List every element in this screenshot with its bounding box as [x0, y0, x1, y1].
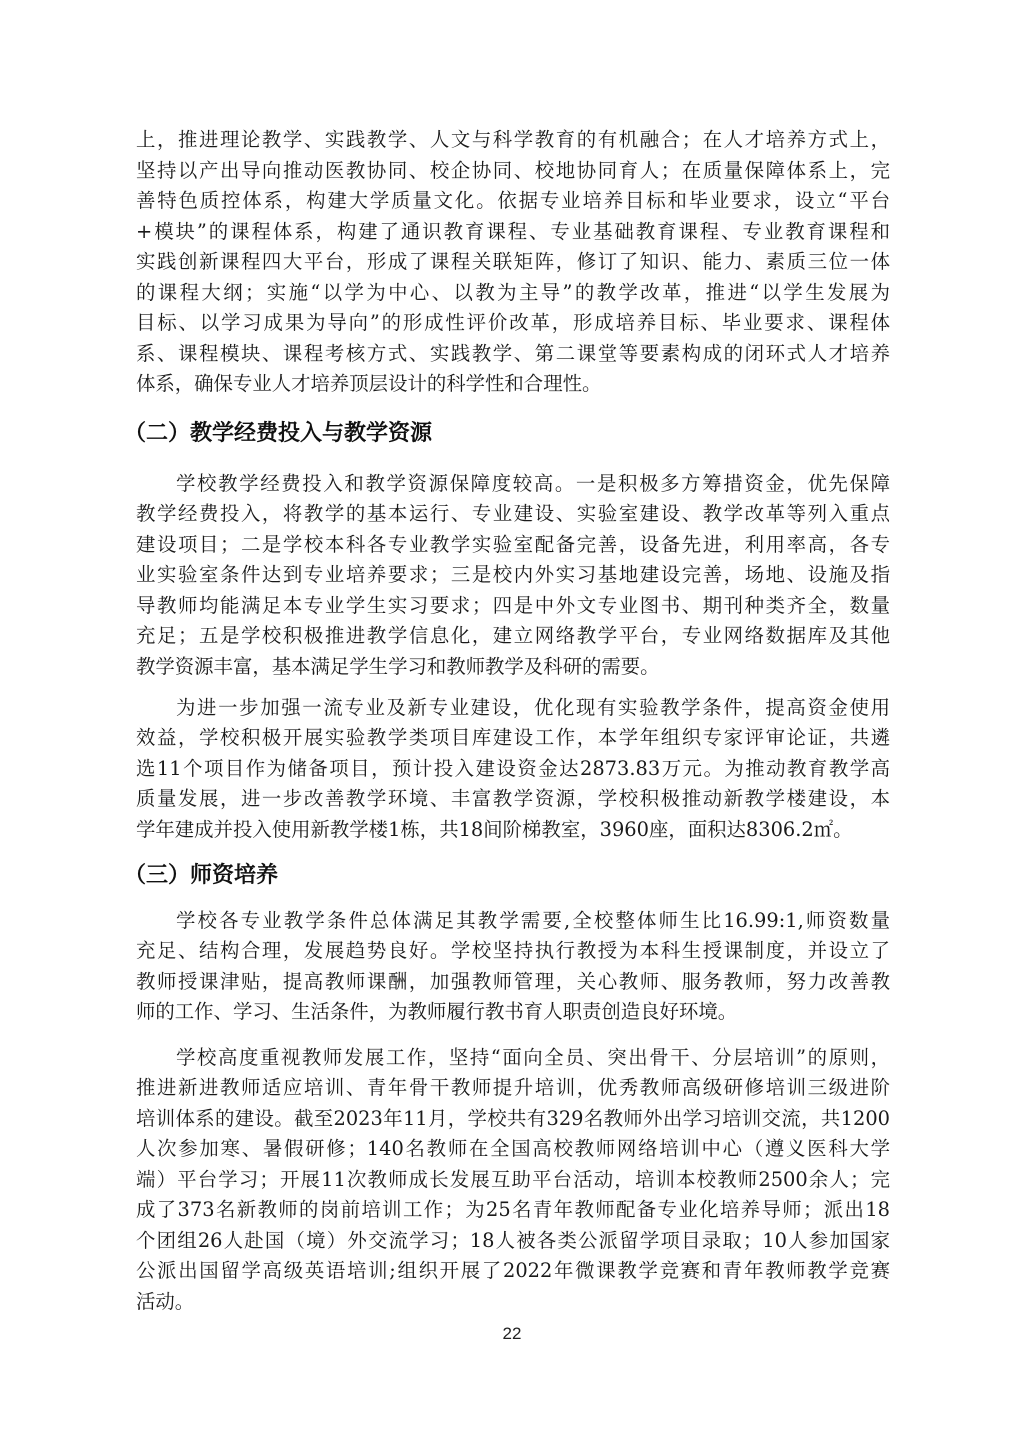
document-page: 上，推进理论教学、实践教学、人文与科学教育的有机融合；在人才培养方式上， 坚持以…	[0, 0, 1024, 1448]
text-line: 业实验室条件达到专业培养要求；三是校内外实习基地建设完善，场地、设施及指	[136, 563, 890, 587]
text-line: 端）平台学习；开展11次教师成长发展互助平台活动，培训本校教师2500余人；完	[136, 1168, 890, 1192]
text-line: 学年建成并投入使用新教学楼1栋，共18间阶梯教室，3960座，面积达8306.2…	[136, 818, 890, 842]
text-line: 充足、结构合理，发展趋势良好。学校坚持执行教授为本科生授课制度，并设立了	[136, 939, 890, 963]
text-line: 体系，确保专业人才培养顶层设计的科学性和合理性。	[136, 372, 890, 396]
text-line: 公派出国留学高级英语培训;组织开展了2022年微课教学竞赛和青年教师教学竞赛	[136, 1259, 890, 1283]
text-line: 师的工作、学习、生活条件，为教师履行教书育人职责创造良好环境。	[136, 1000, 890, 1024]
text-line: 目标、以学习成果为导向”的形成性评价改革，形成培养目标、毕业要求、课程体	[136, 311, 890, 335]
text-line: 教师授课津贴，提高教师课酬，加强教师管理，关心教师、服务教师，努力改善教	[136, 970, 890, 994]
text-line: 为进一步加强一流专业及新专业建设，优化现有实验教学条件，提高资金使用	[176, 696, 890, 720]
text-line: 实践创新课程四大平台，形成了课程关联矩阵，修订了知识、能力、素质三位一体	[136, 250, 890, 274]
section-heading-faculty-training: （三）师资培养	[124, 862, 278, 890]
text-line: 成了373名新教师的岗前培训工作；为25名青年教师配备专业化培养导师；派出18	[136, 1198, 890, 1222]
text-line: 上，推进理论教学、实践教学、人文与科学教育的有机融合；在人才培养方式上，	[136, 128, 890, 152]
text-line: 学校教学经费投入和教学资源保障度较高。一是积极多方筹措资金，优先保障	[176, 472, 890, 496]
text-line: 效益，学校积极开展实验教学类项目库建设工作，本学年组织专家评审论证，共遴	[136, 726, 890, 750]
text-line: 学校各专业教学条件总体满足其教学需要,全校整体师生比16.99:1,师资数量	[176, 909, 890, 933]
text-line: 的课程大纲；实施“以学为中心、以教为主导”的教学改革，推进“以学生发展为	[136, 281, 890, 305]
text-line: 推进新进教师适应培训、青年骨干教师提升培训，优秀教师高级研修培训三级进阶	[136, 1076, 890, 1100]
text-line: 质量发展，进一步改善教学环境、丰富教学资源，学校积极推动新教学楼建设，本	[136, 787, 890, 811]
text-line: 导教师均能满足本专业学生实习要求；四是中外文专业图书、期刊种类齐全，数量	[136, 594, 890, 618]
text-line: 选11个项目作为储备项目，预计投入建设资金达2873.83万元。为推动教育教学高	[136, 757, 890, 781]
text-line: 系、课程模块、课程考核方式、实践教学、第二课堂等要素构成的闭环式人才培养	[136, 342, 890, 366]
text-line: 活动。	[136, 1290, 890, 1314]
text-line: +模块”的课程体系，构建了通识教育课程、专业基础教育课程、专业教育课程和	[136, 220, 890, 244]
text-line: 培训体系的建设。截至2023年11月，学校共有329名教师外出学习培训交流，共1…	[136, 1107, 890, 1131]
text-line: 教学资源丰富，基本满足学生学习和教师教学及科研的需要。	[136, 655, 890, 679]
text-line: 学校高度重视教师发展工作，坚持“面向全员、突出骨干、分层培训”的原则，	[176, 1046, 890, 1070]
page-number: 22	[0, 1324, 1024, 1344]
text-line: 人次参加寒、暑假研修；140名教师在全国高校教师网络培训中心（遵义医科大学	[136, 1137, 890, 1161]
text-line: 善特色质控体系，构建大学质量文化。依据专业培养目标和毕业要求，设立“平台	[136, 189, 890, 213]
text-line: 教学经费投入，将教学的基本运行、专业建设、实验室建设、教学改革等列入重点	[136, 502, 890, 526]
text-line: 充足；五是学校积极推进教学信息化，建立网络教学平台，专业网络数据库及其他	[136, 624, 890, 648]
text-line: 个团组26人赴国（境）外交流学习；18人被各类公派留学项目录取；10人参加国家	[136, 1229, 890, 1253]
text-line: 建设项目；二是学校本科各专业教学实验室配备完善，设备先进，利用率高，各专	[136, 533, 890, 557]
text-line: 坚持以产出导向推动医教协同、校企协同、校地协同育人；在质量保障体系上，完	[136, 159, 890, 183]
section-heading-teaching-funds: （二）教学经费投入与教学资源	[124, 420, 432, 448]
